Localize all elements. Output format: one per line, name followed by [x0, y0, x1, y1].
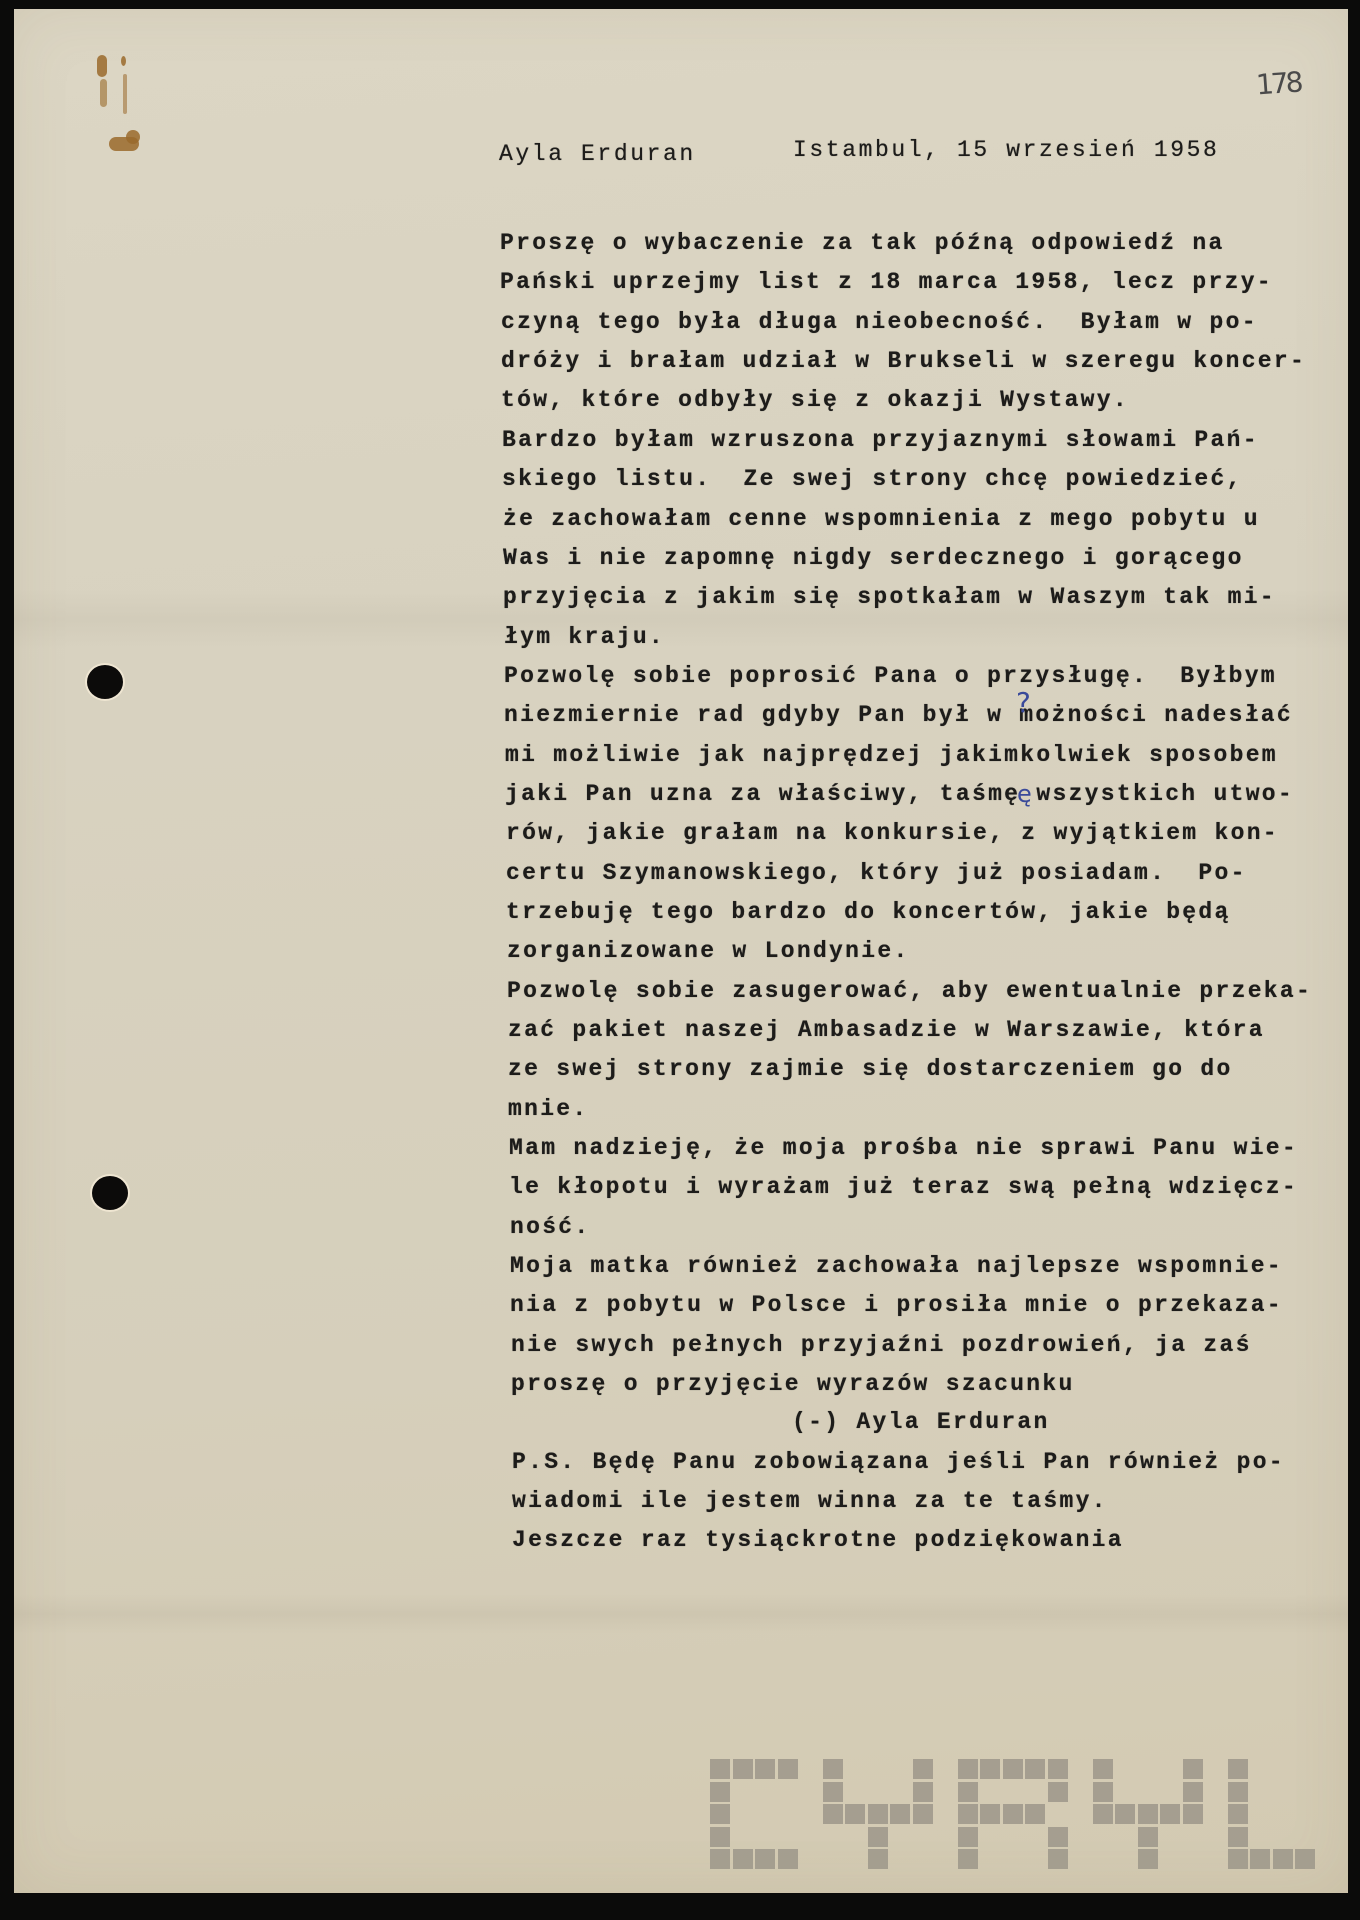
body-line: trzebuję tego bardzo do koncertów, jakie…	[506, 901, 1231, 924]
watermark-cell	[1025, 1759, 1045, 1779]
body-line: że zachowałam cenne wspomnienia z mego p…	[503, 508, 1260, 531]
watermark-cell	[980, 1759, 1000, 1779]
body-line: nie swych pełnych przyjaźni pozdrowień, …	[511, 1334, 1252, 1357]
punch-hole-bottom	[92, 1176, 128, 1210]
body-line: nia z pobytu w Polsce i prosiła mnie o p…	[510, 1294, 1283, 1317]
body-line: mnie.	[508, 1098, 589, 1121]
body-line: ność.	[510, 1216, 591, 1239]
postscript-line: Jeszcze raz tysiąckrotne podziękowania	[512, 1529, 1124, 1552]
watermark-cell	[823, 1782, 843, 1802]
watermark-cell	[958, 1827, 978, 1847]
place-date: Istambul, 15 wrzesień 1958	[793, 139, 1219, 162]
letter-page: 178 Ayla Erduran Istambul, 15 wrzesień 1…	[14, 9, 1348, 1893]
body-line: skiego listu. Ze swej strony chcę powied…	[502, 468, 1243, 491]
watermark-cell	[1160, 1804, 1180, 1824]
watermark-cell	[733, 1849, 753, 1869]
watermark-cell	[1138, 1804, 1158, 1824]
watermark-cell	[868, 1804, 888, 1824]
watermark-cell	[958, 1849, 978, 1869]
watermark-cell	[1115, 1804, 1135, 1824]
watermark-cell	[1093, 1804, 1113, 1824]
body-line: Pozwolę sobie poprosić Pana o przysługę.…	[504, 665, 1277, 688]
body-line: Proszę o wybaczenie za tak późną odpowie…	[500, 232, 1225, 255]
watermark-cell	[913, 1759, 933, 1779]
watermark-cell	[913, 1782, 933, 1802]
punch-hole-top	[87, 665, 123, 699]
body-line: jaki Pan uzna za właściwy, taśmę wszystk…	[505, 783, 1294, 806]
watermark-cell	[710, 1827, 730, 1847]
watermark-cell	[890, 1804, 910, 1824]
pen-correction-mark: ?	[1016, 686, 1031, 719]
watermark-cell	[1273, 1849, 1293, 1869]
pen-correction-mark: ę	[1017, 780, 1032, 808]
watermark-cell	[710, 1849, 730, 1869]
body-line: Pański uprzejmy list z 18 marca 1958, le…	[500, 271, 1273, 294]
postscript-line: P.S. Będę Panu zobowiązana jeśli Pan rów…	[512, 1451, 1285, 1474]
body-line: zać pakiet naszej Ambasadzie w Warszawie…	[508, 1019, 1265, 1042]
watermark-cell	[733, 1759, 753, 1779]
watermark-cell	[1183, 1782, 1203, 1802]
body-line: rów, jakie grałam na konkursie, z wyjątk…	[506, 822, 1279, 845]
watermark-cell	[1048, 1782, 1068, 1802]
watermark-cell	[710, 1782, 730, 1802]
watermark-cell	[958, 1759, 978, 1779]
body-line: ze swej strony zajmie się dostarczeniem …	[508, 1058, 1233, 1081]
watermark-cell	[958, 1782, 978, 1802]
watermark-cell	[1048, 1759, 1068, 1779]
sender-name: Ayla Erduran	[499, 143, 696, 166]
watermark-cell	[1228, 1782, 1248, 1802]
body-line: Moja matka również zachowała najlepsze w…	[510, 1255, 1283, 1278]
body-line: le kłopotu i wyrażam już teraz swą pełną…	[509, 1176, 1298, 1199]
body-line: mi możliwie jak najprędzej jakimkolwiek …	[505, 744, 1278, 767]
watermark-cell	[1228, 1759, 1248, 1779]
watermark-cell	[1093, 1782, 1113, 1802]
watermark-cell	[1183, 1759, 1203, 1779]
watermark-cell	[1228, 1827, 1248, 1847]
watermark-cell	[778, 1759, 798, 1779]
watermark-cell	[913, 1804, 933, 1824]
body-line: proszę o przyjęcie wyrazów szacunku	[511, 1373, 1075, 1396]
watermark-cell	[1138, 1849, 1158, 1869]
signature: (-) Ayla Erduran	[792, 1411, 1050, 1434]
body-line: Bardzo byłam wzruszona przyjaznymi słowa…	[502, 429, 1259, 452]
watermark-cell	[755, 1759, 775, 1779]
watermark-cell	[823, 1759, 843, 1779]
body-line: niezmiernie rad gdyby Pan był w możności…	[504, 704, 1293, 727]
watermark-cell	[1025, 1804, 1045, 1824]
watermark-cell	[1048, 1827, 1068, 1847]
folio-number: 178	[1255, 65, 1302, 101]
watermark-cell	[1003, 1804, 1023, 1824]
body-line: certu Szymanowskiego, który już posiadam…	[506, 862, 1247, 885]
watermark-cell	[1228, 1804, 1248, 1824]
watermark-cell	[1250, 1849, 1270, 1869]
watermark-cell	[710, 1759, 730, 1779]
watermark-cell	[755, 1849, 775, 1869]
watermark-cell	[710, 1804, 730, 1824]
watermark-cell	[845, 1804, 865, 1824]
body-line: Mam nadzieję, że moja prośba nie sprawi …	[509, 1137, 1298, 1160]
watermark-cell	[958, 1804, 978, 1824]
body-line: zorganizowane w Londynie.	[507, 940, 910, 963]
body-line: łym kraju.	[504, 626, 665, 649]
body-line: tów, które odbyły się z okazji Wystawy.	[501, 389, 1129, 412]
postscript-line: wiadomi ile jestem winna za te taśmy.	[512, 1490, 1108, 1513]
body-line: przyjęcia z jakim się spotkałam w Waszym…	[503, 586, 1276, 609]
body-line: Pozwolę sobie zasugerować, aby ewentualn…	[507, 980, 1312, 1003]
watermark-cell	[778, 1849, 798, 1869]
watermark-cell	[1003, 1759, 1023, 1779]
watermark-cell	[868, 1827, 888, 1847]
watermark-cell	[1048, 1849, 1068, 1869]
watermark-cell	[1295, 1849, 1315, 1869]
body-line: czyną tego była długa nieobecność. Byłam…	[501, 311, 1258, 334]
watermark-cell	[1228, 1849, 1248, 1869]
watermark-cell	[823, 1804, 843, 1824]
body-line: dróży i brałam udział w Brukseli w szere…	[501, 350, 1306, 373]
watermark-cell	[1183, 1804, 1203, 1824]
watermark-cell	[868, 1849, 888, 1869]
watermark-cell	[1138, 1827, 1158, 1847]
watermark-cell	[1093, 1759, 1113, 1779]
watermark-cell	[980, 1804, 1000, 1824]
body-line: Was i nie zapomnę nigdy serdecznego i go…	[503, 547, 1244, 570]
